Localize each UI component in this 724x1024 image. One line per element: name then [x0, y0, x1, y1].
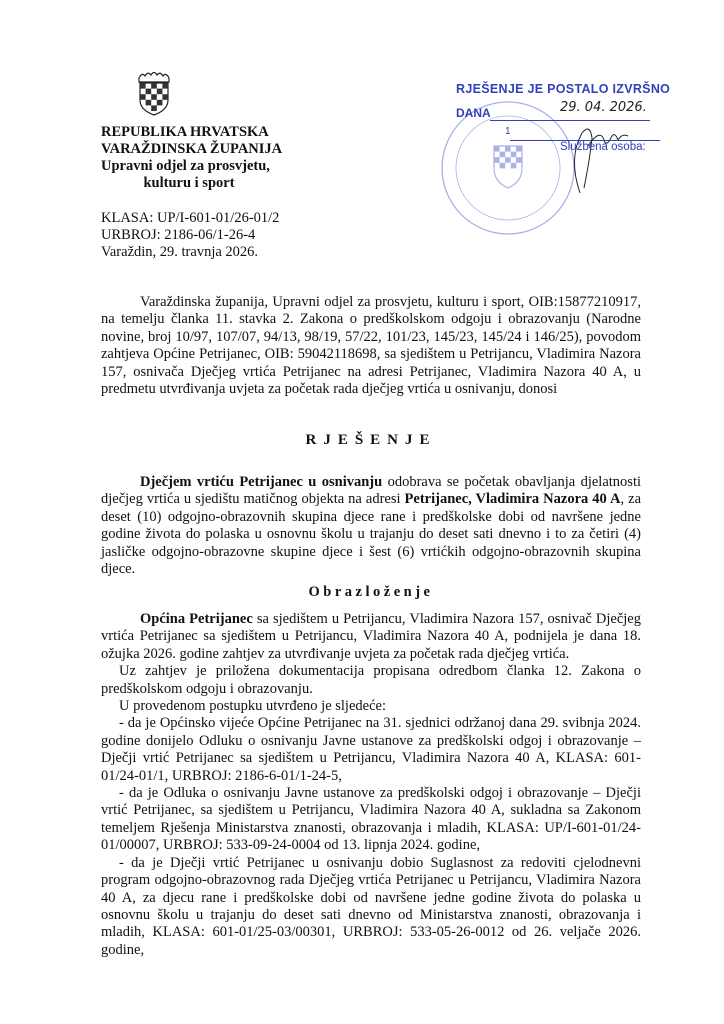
- stamp-official-label: Službena osoba:: [560, 141, 646, 153]
- croatian-coat-of-arms-icon: [136, 70, 172, 116]
- header-department-cont: kulturu i sport: [101, 175, 277, 192]
- intro-paragraph: Varaždinska županija, Upravni odjel za p…: [101, 294, 641, 398]
- decision-paragraph: Dječjem vrtiću Petrijanec u osnivanju od…: [101, 474, 641, 578]
- reasoning-p3: U provedenom postupku utvrđeno je sljede…: [101, 698, 641, 715]
- reference-block: KLASA: UP/I-601-01/26-01/2 URBROJ: 2186-…: [101, 210, 279, 261]
- reasoning-body: Općina Petrijanec sa sjedištem u Petrija…: [101, 611, 641, 959]
- issuer-header: REPUBLIKA HRVATSKA VARAŽDINSKA ŽUPANIJA …: [101, 124, 282, 192]
- decision-heading: RJEŠENJE: [101, 432, 641, 449]
- finding-item: - da je Općinsko vijeće Općine Petrijane…: [101, 715, 641, 785]
- reasoning-p2: Uz zahtjev je priložena dokumentacija pr…: [101, 663, 641, 698]
- finding-item: - da je Dječji vrtić Petrijanec u osniva…: [101, 855, 641, 959]
- place-date: Varaždin, 29. travnja 2026.: [101, 244, 279, 261]
- reasoning-heading: Obrazloženje: [101, 584, 641, 601]
- decision-address: Petrijanec, Vladimira Nazora 40 A: [405, 491, 621, 507]
- decision-subject: Dječjem vrtiću Petrijanec u osnivanju: [140, 474, 382, 490]
- header-republic: REPUBLIKA HRVATSKA: [101, 124, 282, 141]
- klasa: KLASA: UP/I-601-01/26-01/2: [101, 210, 279, 227]
- intro-text: Varaždinska županija, Upravni odjel za p…: [101, 294, 641, 398]
- stamp-dana-label: DANA: [456, 106, 491, 120]
- stamp-date: 29. 04. 2026.: [560, 100, 647, 115]
- reasoning-subject: Općina Petrijanec: [140, 611, 253, 627]
- urbroj: URBROJ: 2186-06/1-26-4: [101, 227, 279, 244]
- stamp-date-line: [490, 120, 650, 121]
- finding-item: - da je Odluka o osnivanju Javne ustanov…: [101, 785, 641, 855]
- header-county: VARAŽDINSKA ŽUPANIJA: [101, 141, 282, 158]
- header-department: Upravni odjel za prosvjetu,: [101, 158, 282, 175]
- stamp-number: 1: [505, 126, 511, 137]
- signature-icon: [560, 118, 630, 198]
- stamp-title: RJEŠENJE JE POSTALO IZVRŠNO: [456, 82, 670, 96]
